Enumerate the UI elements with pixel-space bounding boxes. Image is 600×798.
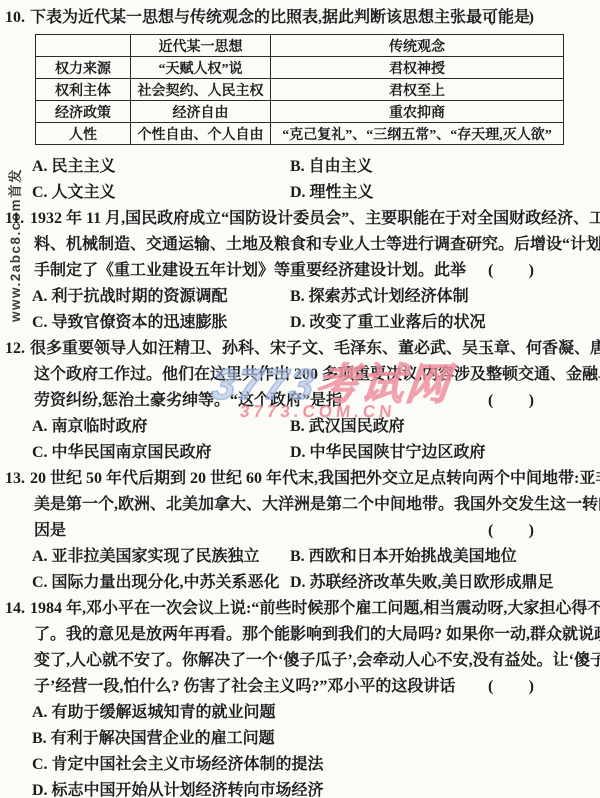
answer-bracket: ( ) bbox=[488, 674, 534, 700]
option-b: B. 探索苏式计划经济体制 bbox=[290, 284, 469, 310]
table-row: 人性 个性自由、个人自由 “克己复礼”、“三纲五常”、“存天理,灭人欲” bbox=[36, 123, 564, 145]
question-block-12: 12. 很多重要领导人如汪精卫、孙科、宋子文、毛泽东、董必武、吴玉章、何香凝、唐… bbox=[0, 336, 600, 466]
option-d: D. 改变了重工业落后的状况 bbox=[290, 310, 486, 336]
option-a: A. 亚非拉美国家实现了民族独立 bbox=[32, 544, 260, 570]
answer-bracket: ( ) bbox=[488, 5, 534, 31]
question-block-11: 11. 1932 年 11 月,国民政府成立“国防设计委员会”、主要职能在于对全… bbox=[0, 206, 600, 336]
question-text-line: 11. 1932 年 11 月,国民政府成立“国防设计委员会”、主要职能在于对全… bbox=[0, 206, 600, 232]
bracket-close: ) bbox=[529, 388, 534, 414]
option-d: D. 中华民国陕甘宁边区政府 bbox=[290, 440, 486, 466]
options-row: A. 亚非拉美国家实现了民族独立 B. 西欧和日本开始挑战美国地位 bbox=[0, 544, 600, 570]
question-block-10: 10. 下表为近代某一思想与传统观念的比照表,据此判断该思想主张最可能是 ( )… bbox=[0, 5, 600, 206]
option-c: C. 导致官僚资本的迅速膨胀 bbox=[32, 310, 228, 336]
bracket-open: ( bbox=[488, 258, 493, 284]
question-text: 了。我的意见是放两年再看。那个能影响到我们的大局吗? 如果你一动,群众就说政策 bbox=[34, 622, 600, 648]
answer-bracket: ( ) bbox=[488, 258, 534, 284]
table-header-cell bbox=[36, 35, 131, 57]
question-number: 13. bbox=[5, 466, 25, 492]
question-text-line: 美是第一个,欧洲、北美加拿大、大洋洲是第二个中间地带。我国外交发生这一转向的原 bbox=[0, 492, 600, 518]
option-a: A. 民主主义 bbox=[32, 154, 116, 180]
bracket-close: ) bbox=[529, 5, 534, 31]
option-b: B. 自由主义 bbox=[290, 154, 373, 180]
option-a: A. 南京临时政府 bbox=[32, 414, 148, 440]
question-number: 10. bbox=[5, 5, 25, 31]
table-cell: 经济自由 bbox=[131, 101, 271, 123]
comparison-table-wrap: 近代某一思想 传统观念 权力来源 “天赋人权”说 君权神授 权利主体 社会契约、… bbox=[35, 34, 600, 147]
option-c: C. 肯定中国社会主义市场经济体制的提法 bbox=[32, 752, 324, 778]
question-block-13: 13. 20 世纪 50 年代后期到 20 世纪 60 年代末,我国把外交立足点… bbox=[0, 466, 600, 596]
table-row-label: 权力来源 bbox=[36, 57, 131, 79]
question-text: 20 世纪 50 年代后期到 20 世纪 60 年代末,我国把外交立足点转向两个… bbox=[30, 466, 600, 492]
exam-paper-page: www.2abc8.com首发 3773考试网 3773.COM.CN 10. … bbox=[0, 0, 600, 798]
question-text: 变了,人心就不安了。你解决了一个‘傻子瓜子’,会牵动人心不安,没有益处。让‘傻子… bbox=[34, 648, 600, 674]
question-number: 14. bbox=[5, 596, 25, 622]
question-text: 1932 年 11 月,国民政府成立“国防设计委员会”、主要职能在于对全国财政经… bbox=[30, 206, 600, 232]
options-row: C. 导致官僚资本的迅速膨胀 D. 改变了重工业落后的状况 bbox=[0, 310, 600, 336]
question-text-line: 14. 1984 年,邓小平在一次会议上说:“前些时候那个雇工问题,相当震动呀,… bbox=[0, 596, 600, 622]
question-text: 很多重要领导人如汪精卫、孙科、宋子文、毛泽东、董必武、吴玉章、何香凝、唐生智等均… bbox=[30, 336, 600, 362]
table-cell: 君权至上 bbox=[271, 79, 564, 101]
table-row-label: 权利主体 bbox=[36, 79, 131, 101]
option-d: D. 理性主义 bbox=[290, 180, 374, 206]
question-text: 这个政府工作过。他们在这里共作出 200 多项重要决议,内容涉及整顿交通、金融、… bbox=[34, 362, 600, 388]
table-row: 权力来源 “天赋人权”说 君权神授 bbox=[36, 57, 564, 79]
question-number: 12. bbox=[5, 336, 25, 362]
question-text-line: 13. 20 世纪 50 年代后期到 20 世纪 60 年代末,我国把外交立足点… bbox=[0, 466, 600, 492]
question-text-line: 变了,人心就不安了。你解决了一个‘傻子瓜子’,会牵动人心不安,没有益处。让‘傻子… bbox=[0, 648, 600, 674]
option-a: A. 有助于缓解返城知青的就业问题 bbox=[32, 700, 276, 726]
table-row-label: 人性 bbox=[36, 123, 131, 145]
question-text: 下表为近代某一思想与传统观念的比照表,据此判断该思想主张最可能是 bbox=[30, 5, 530, 31]
options-row: A. 有助于缓解返城知青的就业问题 bbox=[0, 700, 600, 726]
table-cell: 重农抑商 bbox=[271, 101, 564, 123]
table-header-cell: 近代某一思想 bbox=[131, 35, 271, 57]
options-row: D. 标志中国开始从计划经济转向市场经济 bbox=[0, 778, 600, 798]
option-b: B. 有利于解决国营企业的雇工问题 bbox=[32, 726, 275, 752]
options-row: B. 有利于解决国营企业的雇工问题 bbox=[0, 726, 600, 752]
question-text: 子’经营一段,怕什么? 伤害了社会主义吗?”邓小平的这段讲话 bbox=[34, 674, 455, 700]
question-text-line: 因是 ( ) bbox=[0, 518, 600, 544]
table-header-cell: 传统观念 bbox=[271, 35, 564, 57]
table-row: 经济政策 经济自由 重农抑商 bbox=[36, 101, 564, 123]
option-a: A. 利于抗战时期的资源调配 bbox=[32, 284, 228, 310]
question-text-line: 这个政府工作过。他们在这里共作出 200 多项重要决议,内容涉及整顿交通、金融、… bbox=[0, 362, 600, 388]
table-row: 权利主体 社会契约、人民主权 君权至上 bbox=[36, 79, 564, 101]
options-row: C. 人文主义 D. 理性主义 bbox=[0, 180, 600, 206]
option-d: D. 标志中国开始从计划经济转向市场经济 bbox=[32, 778, 324, 798]
bracket-close: ) bbox=[529, 518, 534, 544]
bracket-open: ( bbox=[488, 5, 493, 31]
table-cell: “克己复礼”、“三纲五常”、“存天理,灭人欲” bbox=[271, 123, 564, 145]
option-c: C. 中华民国南京国民政府 bbox=[32, 440, 212, 466]
option-c: C. 人文主义 bbox=[32, 180, 116, 206]
question-text: 料、机械制造、交通运输、土地及粮食和专业人士等进行调查研究。后增设“计划部”,并… bbox=[34, 232, 600, 258]
question-text-line: 劳资纠纷,惩治土豪劣绅等。“这个政府”是指 ( ) bbox=[0, 388, 600, 414]
question-text: 手制定了《重工业建设五年计划》等重要经济建设计划。此举 bbox=[34, 258, 466, 284]
question-text: 1984 年,邓小平在一次会议上说:“前些时候那个雇工问题,相当震动呀,大家担心… bbox=[30, 596, 600, 622]
question-text: 美是第一个,欧洲、北美加拿大、大洋洲是第二个中间地带。我国外交发生这一转向的原 bbox=[34, 492, 600, 518]
option-c: C. 国际力量出现分化,中苏关系恶化 bbox=[32, 570, 280, 596]
question-block-14: 14. 1984 年,邓小平在一次会议上说:“前些时候那个雇工问题,相当震动呀,… bbox=[0, 596, 600, 798]
option-b: B. 西欧和日本开始挑战美国地位 bbox=[290, 544, 517, 570]
bracket-close: ) bbox=[529, 258, 534, 284]
bracket-open: ( bbox=[488, 388, 493, 414]
exam-content: 10. 下表为近代某一思想与传统观念的比照表,据此判断该思想主张最可能是 ( )… bbox=[0, 5, 600, 798]
spacer bbox=[0, 147, 600, 154]
comparison-table: 近代某一思想 传统观念 权力来源 “天赋人权”说 君权神授 权利主体 社会契约、… bbox=[35, 34, 564, 145]
question-number: 11. bbox=[5, 206, 24, 232]
bracket-open: ( bbox=[488, 674, 493, 700]
table-cell: 社会契约、人民主权 bbox=[131, 79, 271, 101]
options-row: A. 民主主义 B. 自由主义 bbox=[0, 154, 600, 180]
option-b: B. 武汉国民政府 bbox=[290, 414, 405, 440]
options-row: C. 中华民国南京国民政府 D. 中华民国陕甘宁边区政府 bbox=[0, 440, 600, 466]
answer-bracket: ( ) bbox=[488, 388, 534, 414]
question-text: 劳资纠纷,惩治土豪劣绅等。“这个政府”是指 bbox=[34, 388, 342, 414]
options-row: A. 利于抗战时期的资源调配 B. 探索苏式计划经济体制 bbox=[0, 284, 600, 310]
table-header-row: 近代某一思想 传统观念 bbox=[36, 35, 564, 57]
question-text-line: 10. 下表为近代某一思想与传统观念的比照表,据此判断该思想主张最可能是 ( ) bbox=[0, 5, 600, 31]
options-row: C. 肯定中国社会主义市场经济体制的提法 bbox=[0, 752, 600, 778]
question-text-line: 了。我的意见是放两年再看。那个能影响到我们的大局吗? 如果你一动,群众就说政策 bbox=[0, 622, 600, 648]
options-row: C. 国际力量出现分化,中苏关系恶化 D. 苏联经济改革失败,美日欧形成鼎足 bbox=[0, 570, 600, 596]
table-row-label: 经济政策 bbox=[36, 101, 131, 123]
answer-bracket: ( ) bbox=[488, 518, 534, 544]
table-cell: 个性自由、个人自由 bbox=[131, 123, 271, 145]
bracket-close: ) bbox=[529, 674, 534, 700]
question-text-line: 12. 很多重要领导人如汪精卫、孙科、宋子文、毛泽东、董必武、吴玉章、何香凝、唐… bbox=[0, 336, 600, 362]
options-row: A. 南京临时政府 B. 武汉国民政府 bbox=[0, 414, 600, 440]
question-text-line: 子’经营一段,怕什么? 伤害了社会主义吗?”邓小平的这段讲话 ( ) bbox=[0, 674, 600, 700]
question-text: 因是 bbox=[34, 518, 66, 544]
table-cell: 君权神授 bbox=[271, 57, 564, 79]
question-text-line: 手制定了《重工业建设五年计划》等重要经济建设计划。此举 ( ) bbox=[0, 258, 600, 284]
option-d: D. 苏联经济改革失败,美日欧形成鼎足 bbox=[290, 570, 554, 596]
question-text-line: 料、机械制造、交通运输、土地及粮食和专业人士等进行调查研究。后增设“计划部”,并… bbox=[0, 232, 600, 258]
bracket-open: ( bbox=[488, 518, 493, 544]
table-cell: “天赋人权”说 bbox=[131, 57, 271, 79]
